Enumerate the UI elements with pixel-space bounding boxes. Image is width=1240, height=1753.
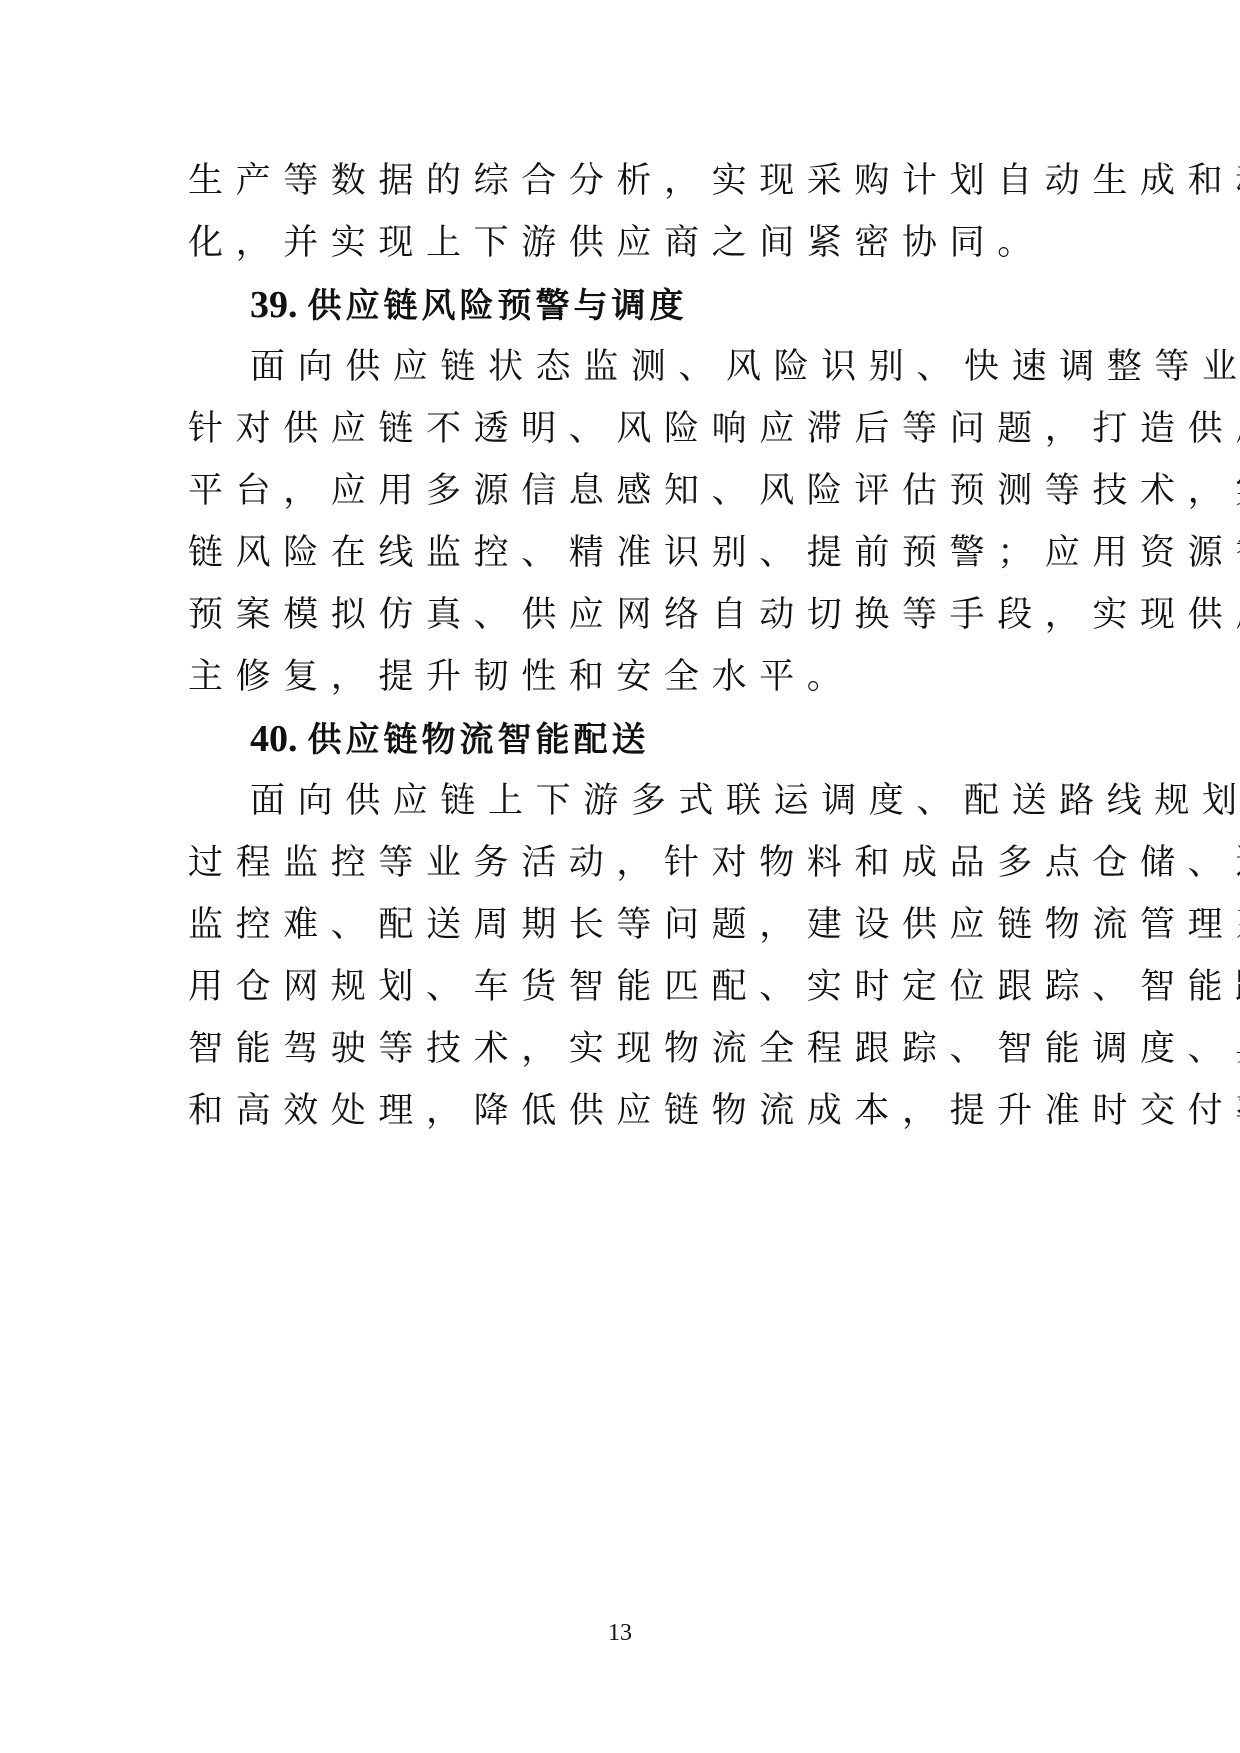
document-body: 生产等数据的综合分析，实现采购计划自动生成和动态优 化，并实现上下游供应商之间紧… (188, 150, 1068, 1142)
paragraph-line: 过程监控等业务活动，针对物料和成品多点仓储、运输过程 (188, 832, 1068, 894)
section-title: 供应链物流智能配送 (308, 720, 650, 760)
section-heading-39: 39.供应链风险预警与调度 (188, 274, 1068, 336)
section-title: 供应链风险预警与调度 (308, 286, 688, 326)
page-number: 13 (0, 1620, 1240, 1647)
paragraph-line: 链风险在线监控、精准识别、提前预警；应用资源智能匹配、 (188, 522, 1068, 584)
paragraph-line: 化，并实现上下游供应商之间紧密协同。 (188, 212, 1068, 274)
paragraph-line: 平台，应用多源信息感知、风险评估预测等技术，实现供应 (188, 460, 1068, 522)
paragraph-line: 主修复，提升韧性和安全水平。 (188, 646, 1068, 708)
paragraph-line: 生产等数据的综合分析，实现采购计划自动生成和动态优 (188, 150, 1068, 212)
section-number: 40. (250, 718, 298, 760)
paragraph-line: 和高效处理，降低供应链物流成本，提升准时交付率。 (188, 1080, 1068, 1142)
paragraph-line: 用仓网规划、车货智能匹配、实时定位跟踪、智能路径规划、 (188, 956, 1068, 1018)
paragraph-line: 针对供应链不透明、风险响应滞后等问题，打造供应链协同 (188, 398, 1068, 460)
section-number: 39. (250, 284, 298, 326)
paragraph-line: 面向供应链上下游多式联运调度、配送路线规划、运输 (188, 770, 1068, 832)
paragraph-line: 智能驾驶等技术，实现物流全程跟踪、智能调度、异常预警 (188, 1018, 1068, 1080)
paragraph-line: 监控难、配送周期长等问题，建设供应链物流管理系统，应 (188, 894, 1068, 956)
paragraph-line: 面向供应链状态监测、风险识别、快速调整等业务活动， (188, 336, 1068, 398)
section-heading-40: 40.供应链物流智能配送 (188, 708, 1068, 770)
paragraph-line: 预案模拟仿真、供应网络自动切换等手段，实现供应链的自 (188, 584, 1068, 646)
